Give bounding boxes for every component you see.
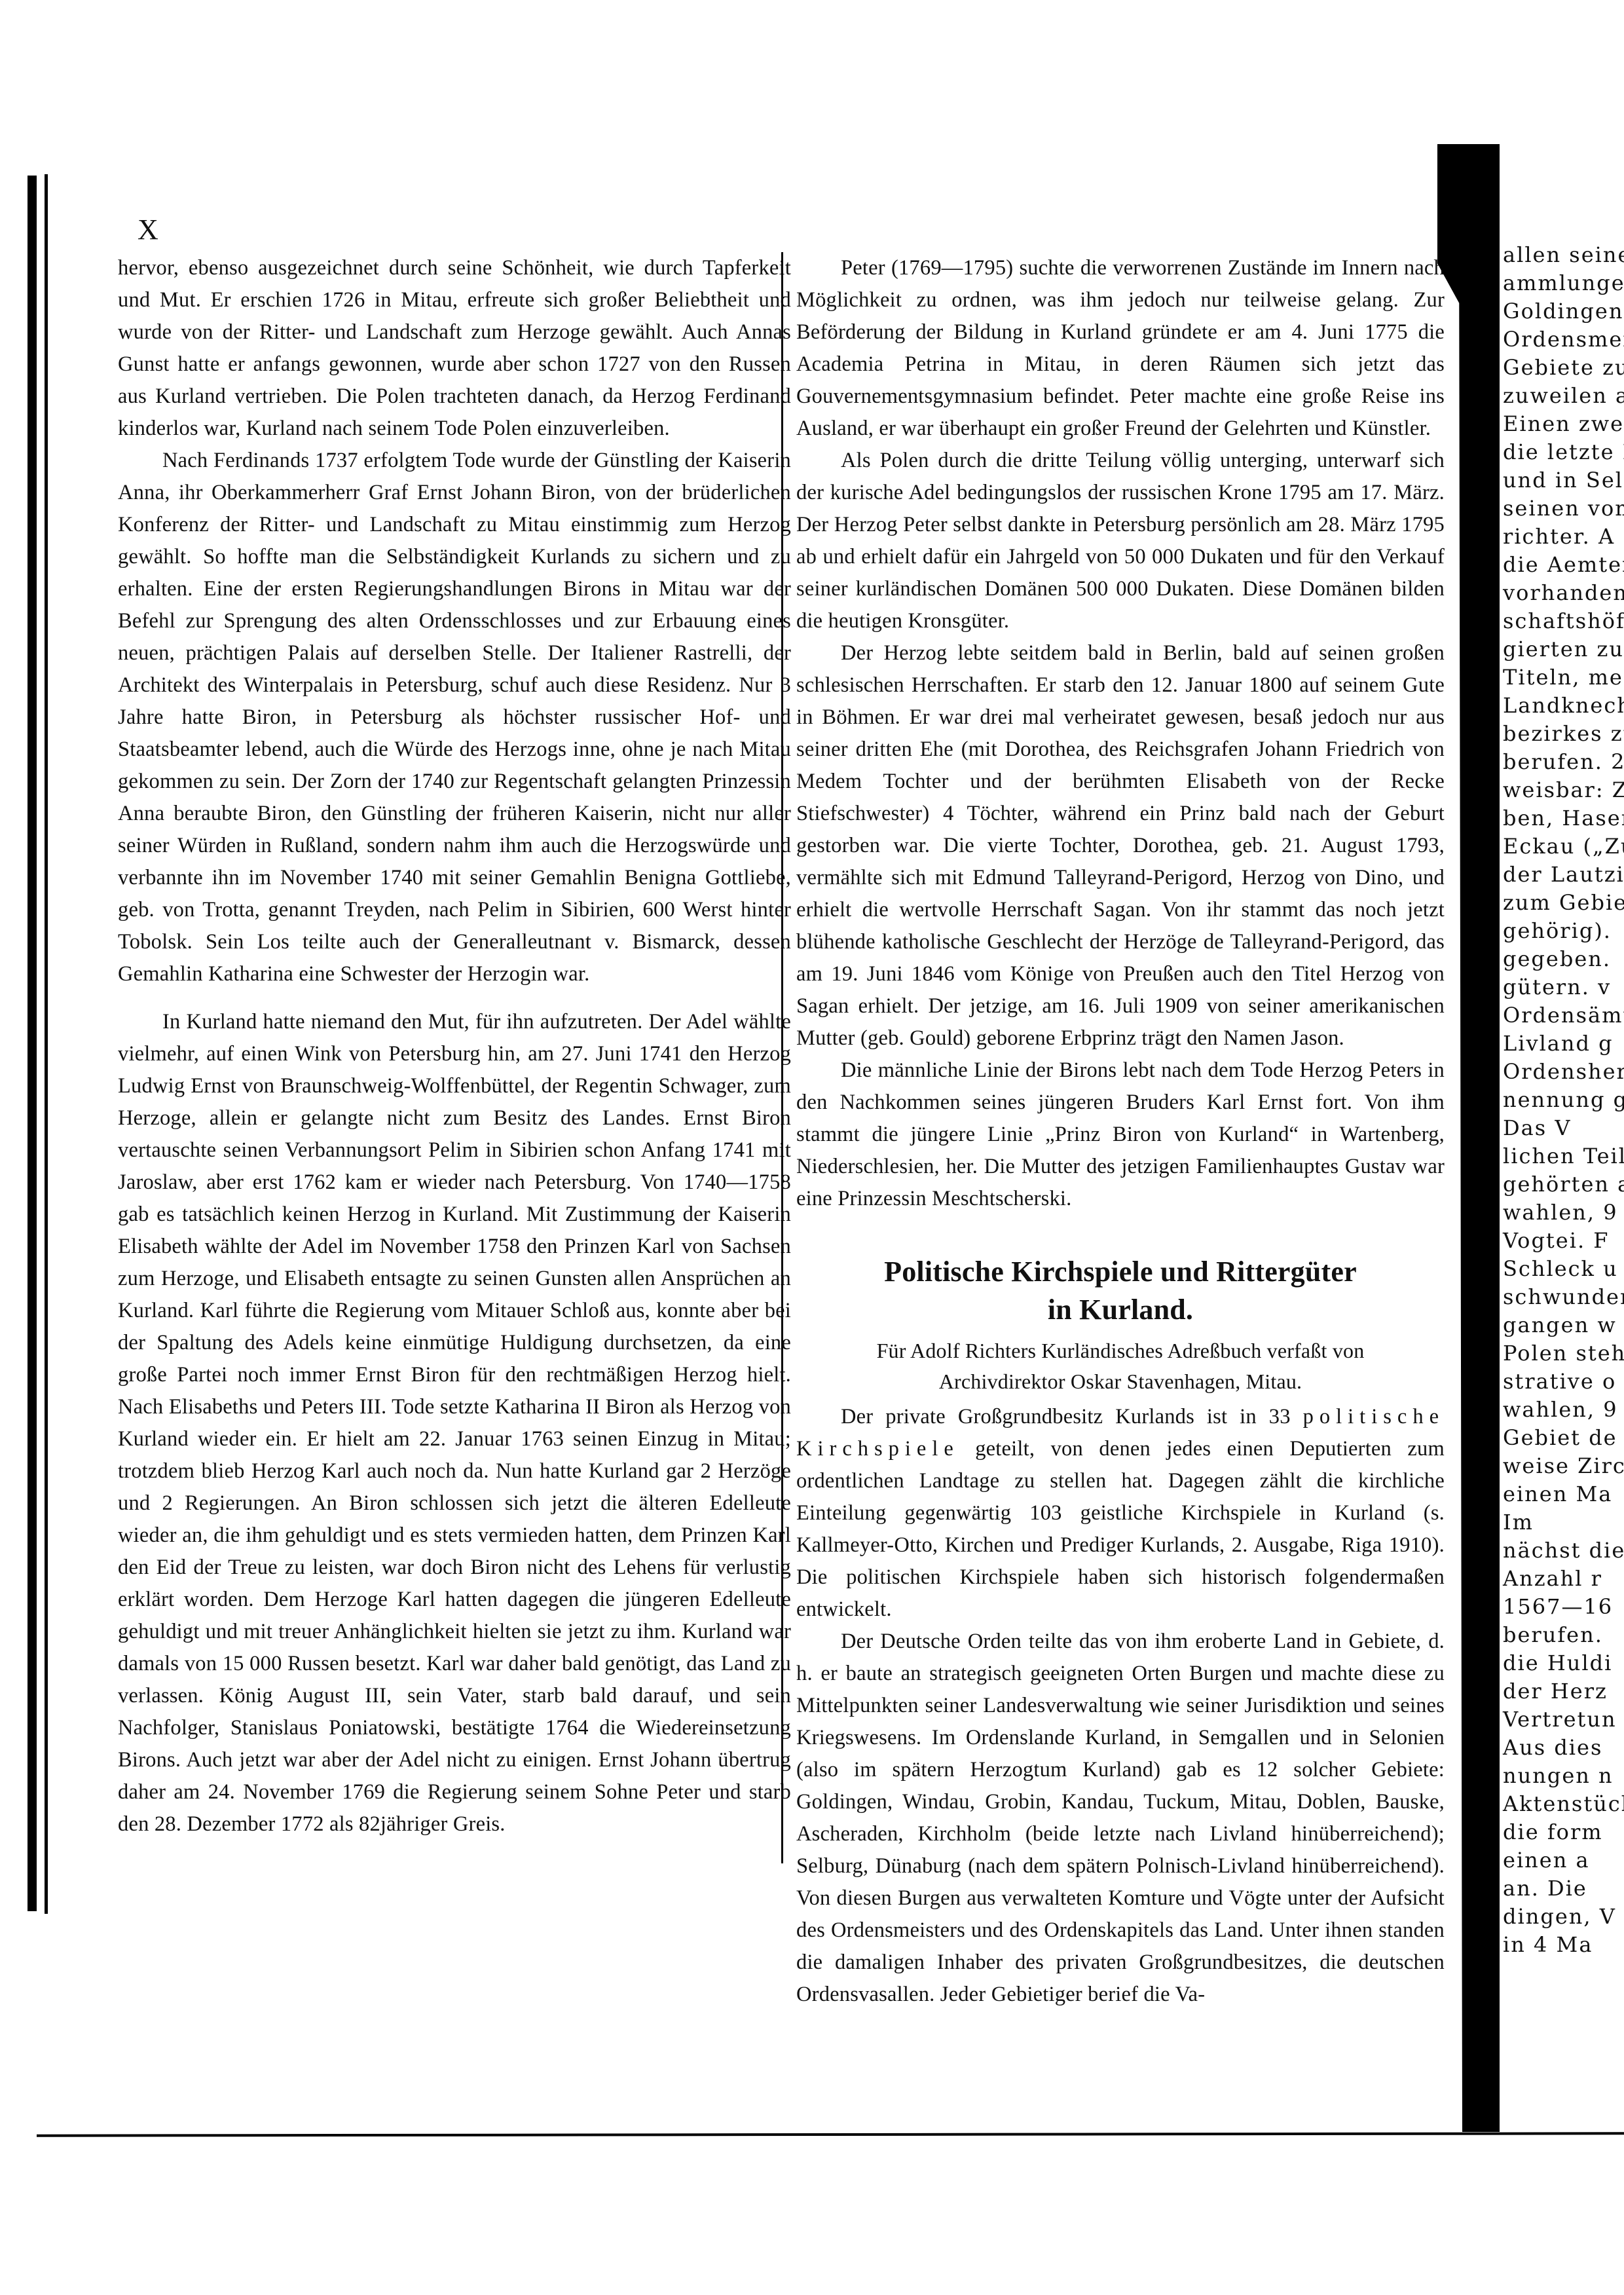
next-page-line: der Herz xyxy=(1503,1677,1624,1706)
next-page-line: zuweilen a xyxy=(1503,382,1624,410)
scan-margin-rule-thick xyxy=(28,176,37,1911)
next-page-line: vorhandener xyxy=(1503,579,1624,607)
next-page-line: gegeben. xyxy=(1503,945,1624,973)
section-heading-line: in Kurland. xyxy=(796,1291,1445,1329)
next-page-line: an. Die xyxy=(1503,1875,1624,1903)
next-page-line: gierten zum xyxy=(1503,635,1624,663)
next-page-line: die letzte D xyxy=(1503,438,1624,466)
next-page-line: Das V xyxy=(1503,1114,1624,1142)
next-page-line: berufen. 2 xyxy=(1503,748,1624,776)
scan-bottom-rule xyxy=(37,2132,1624,2136)
next-page-line: wahlen, 9 xyxy=(1503,1396,1624,1424)
next-page-line: Schleck u xyxy=(1503,1255,1624,1283)
next-page-line: Ordensherr xyxy=(1503,1058,1624,1086)
next-page-line: die form xyxy=(1503,1818,1624,1846)
next-page-line: Ordensmeist xyxy=(1503,326,1624,354)
next-page-text: allen seinesammlungen.Goldingen dOrdensm… xyxy=(1503,241,1624,1959)
paragraph: Nach Ferdinands 1737 erfolgtem Tode wurd… xyxy=(118,445,791,990)
next-page-line: dingen, V xyxy=(1503,1903,1624,1931)
next-page-line: Landknechte xyxy=(1503,692,1624,720)
next-page-line: einen a xyxy=(1503,1846,1624,1875)
next-page-line: Aktenstück xyxy=(1503,1790,1624,1818)
next-page-line: wahlen, 9 xyxy=(1503,1199,1624,1227)
next-page-line: gehörig). xyxy=(1503,917,1624,945)
paragraph-text: geteilt, von denen jedes einen Deputiert… xyxy=(796,1437,1445,1621)
next-page-line: bezirkes zu xyxy=(1503,720,1624,748)
next-page-line: die Huldi xyxy=(1503,1649,1624,1677)
next-page-line: gangen w xyxy=(1503,1311,1624,1339)
book-spine-shadow xyxy=(1437,144,1500,2132)
paragraph: Als Polen durch die dritte Teilung völli… xyxy=(796,445,1445,637)
next-page-line: Livland g xyxy=(1503,1030,1624,1058)
next-page-fragment: allen seinesammlungen.Goldingen dOrdensm… xyxy=(1437,144,1624,2132)
section-heading-line: Politische Kirchspiele und Rittergüter xyxy=(796,1253,1445,1291)
next-page-line: Gebiet de xyxy=(1503,1424,1624,1452)
next-page-line: der Lautzis xyxy=(1503,861,1624,889)
next-page-line: Einen zweit xyxy=(1503,410,1624,438)
paragraph: In Kurland hatte niemand den Mut, für ih… xyxy=(118,1006,791,1840)
paragraph-text: Der private Großgrundbesitz Kurlands ist… xyxy=(841,1405,1303,1428)
right-text-column: Peter (1769—1795) suchte die verworrenen… xyxy=(781,252,1445,1863)
next-page-line: und in Sel xyxy=(1503,466,1624,494)
paragraph: Der private Großgrundbesitz Kurlands ist… xyxy=(796,1401,1445,1626)
paragraph: Der Herzog lebte seitdem bald in Berlin,… xyxy=(796,637,1445,1054)
next-page-line: 1567—16 xyxy=(1503,1593,1624,1621)
next-page-line: schaftshöfen xyxy=(1503,607,1624,635)
next-page-line: weise Zirc xyxy=(1503,1452,1624,1480)
next-page-line: richter. A xyxy=(1503,523,1624,551)
next-page-line: gehörten a xyxy=(1503,1170,1624,1199)
next-page-line: Vogtei. F xyxy=(1503,1227,1624,1255)
next-page-line: Aus dies xyxy=(1503,1734,1624,1762)
next-page-line: die Aemter, xyxy=(1503,551,1624,579)
paragraph: Peter (1769—1795) suchte die verworrenen… xyxy=(796,252,1445,445)
next-page-line: zum Gebiet xyxy=(1503,889,1624,917)
next-page-line: ammlungen. xyxy=(1503,269,1624,297)
page-number: X xyxy=(138,213,158,246)
next-page-line: nennung g xyxy=(1503,1086,1624,1114)
left-text-column: hervor, ebenso ausgezeichnet durch seine… xyxy=(118,252,791,1840)
next-page-line: einen Ma xyxy=(1503,1480,1624,1508)
paragraph: hervor, ebenso ausgezeichnet durch seine… xyxy=(118,252,791,445)
section-byline: Für Adolf Richters Kurländisches Adreßbu… xyxy=(796,1335,1445,1397)
next-page-line: Vertretun xyxy=(1503,1706,1624,1734)
next-page-line: Goldingen d xyxy=(1503,297,1624,326)
paragraph: Der Deutsche Orden teilte das von ihm er… xyxy=(796,1626,1445,2011)
next-page-line: Ordensämt xyxy=(1503,1001,1624,1030)
scan-margin-rule-thin xyxy=(45,174,48,1914)
next-page-line: weisbar: Z xyxy=(1503,776,1624,804)
paragraph: Die männliche Linie der Birons lebt nach… xyxy=(796,1054,1445,1215)
next-page-line: Polen steh xyxy=(1503,1339,1624,1368)
next-page-line: seinen vom xyxy=(1503,494,1624,523)
next-page-line: nungen n xyxy=(1503,1762,1624,1790)
next-page-line: Titeln, mei xyxy=(1503,663,1624,692)
next-page-line: allen seines xyxy=(1503,241,1624,269)
next-page-line: Anzahl r xyxy=(1503,1565,1624,1593)
next-page-line: ben, Hasen xyxy=(1503,804,1624,832)
next-page-line: Im xyxy=(1503,1508,1624,1537)
next-page-line: lichen Teil xyxy=(1503,1142,1624,1170)
next-page-line: schwunden xyxy=(1503,1283,1624,1311)
next-page-line: nächst die xyxy=(1503,1537,1624,1565)
byline-line: Für Adolf Richters Kurländisches Adreßbu… xyxy=(796,1335,1445,1366)
next-page-line: strative o xyxy=(1503,1368,1624,1396)
next-page-line: gütern. v xyxy=(1503,973,1624,1001)
next-page-line: Eckau („Zu xyxy=(1503,832,1624,861)
next-page-line: Gebiete zu xyxy=(1503,354,1624,382)
next-page-line: berufen. xyxy=(1503,1621,1624,1649)
next-page-line: in 4 Ma xyxy=(1503,1931,1624,1959)
byline-line: Archivdirektor Oskar Stavenhagen, Mitau. xyxy=(796,1366,1445,1397)
section-heading: Politische Kirchspiele und Rittergüter i… xyxy=(796,1253,1445,1329)
